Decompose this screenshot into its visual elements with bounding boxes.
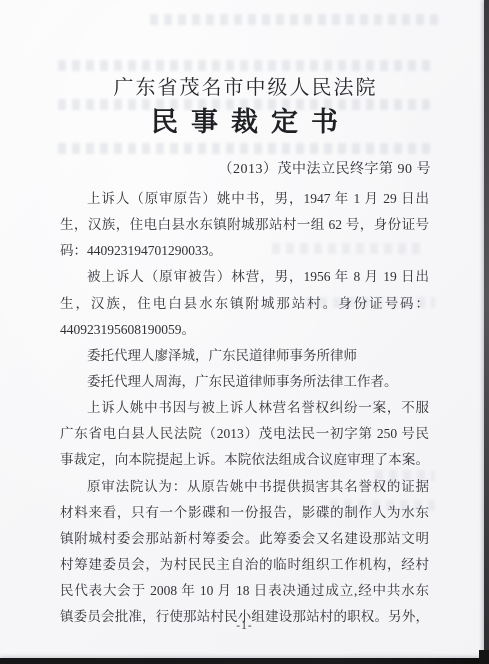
page-number: -1- [0, 620, 489, 632]
document-line: 原审法院认为：从原告姚中书提供损害其名誉权的证据 [60, 474, 429, 500]
document-body: 上诉人（原审原告）姚中书，男，1947 年 1 月 29 日出生，汉族，住电白县… [60, 186, 429, 630]
document-line: 生，汉族，住电白县水东镇附城那站村。身份证号码： [60, 291, 429, 317]
document-line: 上诉人（原审原告）姚中书，男，1947 年 1 月 29 日出 [60, 186, 429, 212]
bleed-through-mark [150, 14, 440, 25]
court-name: 广东省茂名市中级人民法院 [0, 71, 489, 100]
document-title: 民事裁定书 [0, 100, 489, 139]
case-number: （2013）茂中法立民终字第 90 号 [0, 158, 489, 178]
document-line: 广东省电白县人民法院（2013）茂电法民一初字第 250 号民 [60, 421, 429, 447]
scan-edge-bottom [0, 658, 489, 664]
document-line: 事裁定，向本院提起上诉。本院依法组成合议庭审理了本案。 [60, 447, 429, 473]
document-line: 码：440923194701290033。 [60, 238, 429, 264]
scan-edge-right [484, 0, 489, 664]
document-line: 委托代理人周海，广东民道律师事务所法律工作者。 [60, 369, 429, 395]
scan-edge-corner [479, 650, 489, 664]
document-line: 440923195608190059。 [60, 317, 429, 343]
document-line: 镇附城村委会那站新村筹委会。此筹委会又名建设那站文明 [60, 526, 429, 552]
document-line: 上诉人姚中书因与被上诉人林营名誉权纠纷一案，不服 [60, 395, 429, 421]
document-line: 委托代理人廖泽城，广东民道律师事务所律师 [60, 343, 429, 369]
document-line: 被上诉人（原审被告）林营，男，1956 年 8 月 19 日出 [60, 264, 429, 290]
document-line: 材料来看，只有一个影碟和一份报告，影碟的制作人为水东 [60, 500, 429, 526]
document-line: 村筹建委员会，为村民民主自治的临时组织工作机构，经村 [60, 552, 429, 578]
document-line: 民代表大会于 2008 年 10 月 18 日表决通过成立,经中共水东 [60, 578, 429, 604]
bleed-through-mark [58, 60, 430, 71]
scanned-court-document-page: 广东省茂名市中级人民法院 民事裁定书 （2013）茂中法立民终字第 90 号 上… [0, 0, 489, 664]
document-line: 生，汉族，住电白县水东镇附城那站村一组 62 号，身份证号 [60, 212, 429, 238]
bleed-through-mark [58, 143, 430, 154]
